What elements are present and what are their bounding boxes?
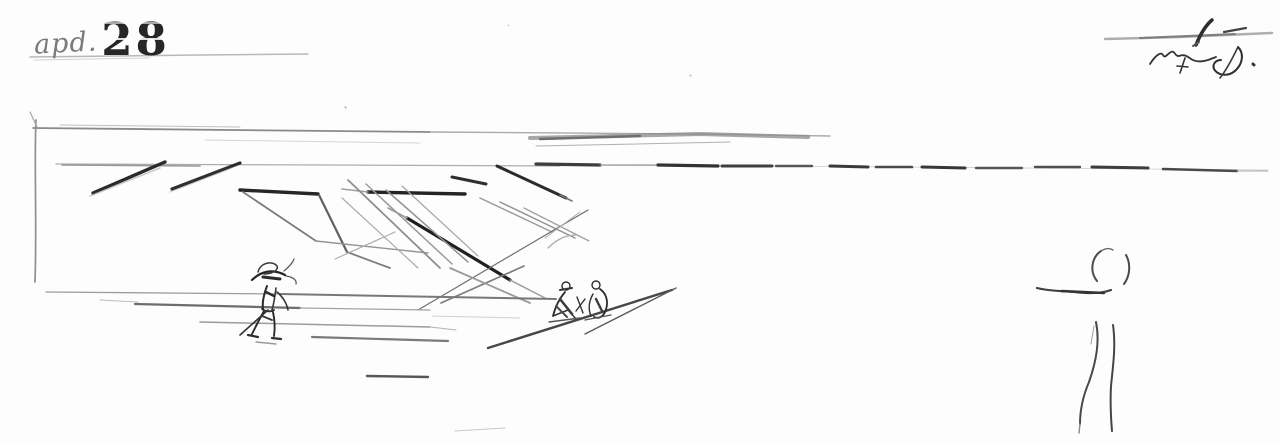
hatch-line xyxy=(386,190,468,262)
bystander-arm-dark xyxy=(1062,291,1104,293)
ground-line2-ext xyxy=(300,308,430,310)
walker-foot-back xyxy=(272,338,281,339)
bystander-shoulder-gap xyxy=(1091,326,1094,344)
horizon-dash xyxy=(536,164,600,165)
ground-line3 xyxy=(200,322,430,327)
signature-scribble-a xyxy=(1177,58,1188,73)
bystander-body-right xyxy=(1111,325,1115,431)
main-diagonal xyxy=(407,218,510,280)
bystander-body-left xyxy=(1080,322,1098,424)
hatch-bar xyxy=(93,162,165,193)
walker-hat-flick2 xyxy=(286,276,296,284)
hatch-bar-short xyxy=(452,177,486,184)
sitter-right-front xyxy=(589,294,593,316)
bystander-head-top xyxy=(1101,249,1113,251)
ground-line xyxy=(46,292,280,294)
ground-line-dark2 xyxy=(135,304,300,308)
sketch-page: apd. 28 xyxy=(0,0,1280,443)
panel-corner-stroke xyxy=(347,252,390,268)
header-underline xyxy=(30,54,308,57)
hatch-line xyxy=(500,202,575,238)
ground-faint-bottom xyxy=(455,428,505,431)
frame-top-scribble xyxy=(205,140,420,143)
horizon-dash xyxy=(1092,167,1148,168)
hatch-diag-topright xyxy=(497,166,566,198)
sitter-left-cap xyxy=(560,288,572,290)
paper-speck xyxy=(690,75,691,76)
paper-speck xyxy=(345,107,346,108)
hatch-bar-halo xyxy=(170,168,232,192)
ground-smudge-right xyxy=(432,316,520,318)
hatch-diag-topright-tip xyxy=(560,195,572,201)
sitter-right-head xyxy=(592,281,600,289)
sketch-svg xyxy=(0,0,1280,443)
frame-left-line xyxy=(35,120,36,282)
hatch-bar xyxy=(172,163,240,189)
header-underline-echo xyxy=(34,58,150,60)
walker-hat-flick xyxy=(284,259,294,271)
ramp-line-second xyxy=(585,288,676,334)
ground-line-lead xyxy=(100,300,138,302)
walker-foot-front xyxy=(248,335,258,337)
frame-top-line xyxy=(33,128,430,132)
hatch-line xyxy=(480,198,552,232)
hatch-bar-halo xyxy=(90,168,160,196)
upper-horizon-dark-segment xyxy=(62,165,200,166)
bystander-head-left xyxy=(1092,251,1101,281)
main-diagonal-tail xyxy=(510,280,545,298)
bystander-head-right xyxy=(1124,255,1129,284)
walker-hat-dark xyxy=(263,277,280,279)
bystander-body-left-tail xyxy=(1079,424,1080,433)
sitter-right-shade xyxy=(596,299,602,311)
panel-top-edge xyxy=(240,190,318,194)
ground-line3-ext xyxy=(430,327,456,330)
sitter-middle-marks xyxy=(576,297,585,313)
signature-scribble-j xyxy=(1213,47,1241,75)
hatch-bar-lead xyxy=(342,189,368,192)
horizon-dash xyxy=(658,165,718,166)
walker-skirt-mark xyxy=(262,316,272,320)
horizon-dash xyxy=(830,166,868,167)
ground-dash-short xyxy=(367,376,428,377)
signature-dash xyxy=(1224,28,1246,32)
hatch-bar-long xyxy=(368,192,465,194)
horizon-smudge-under xyxy=(536,142,730,146)
walker-torso-front xyxy=(263,286,267,309)
paper-speck xyxy=(508,25,509,26)
panel-left-edge xyxy=(243,192,316,241)
hatch-line xyxy=(366,184,452,264)
frame-top-line-echo xyxy=(60,125,240,127)
walker-shadow xyxy=(256,342,276,344)
signature-dot xyxy=(1253,64,1254,65)
ground-line4 xyxy=(312,337,448,341)
horizon-dash xyxy=(922,167,965,168)
